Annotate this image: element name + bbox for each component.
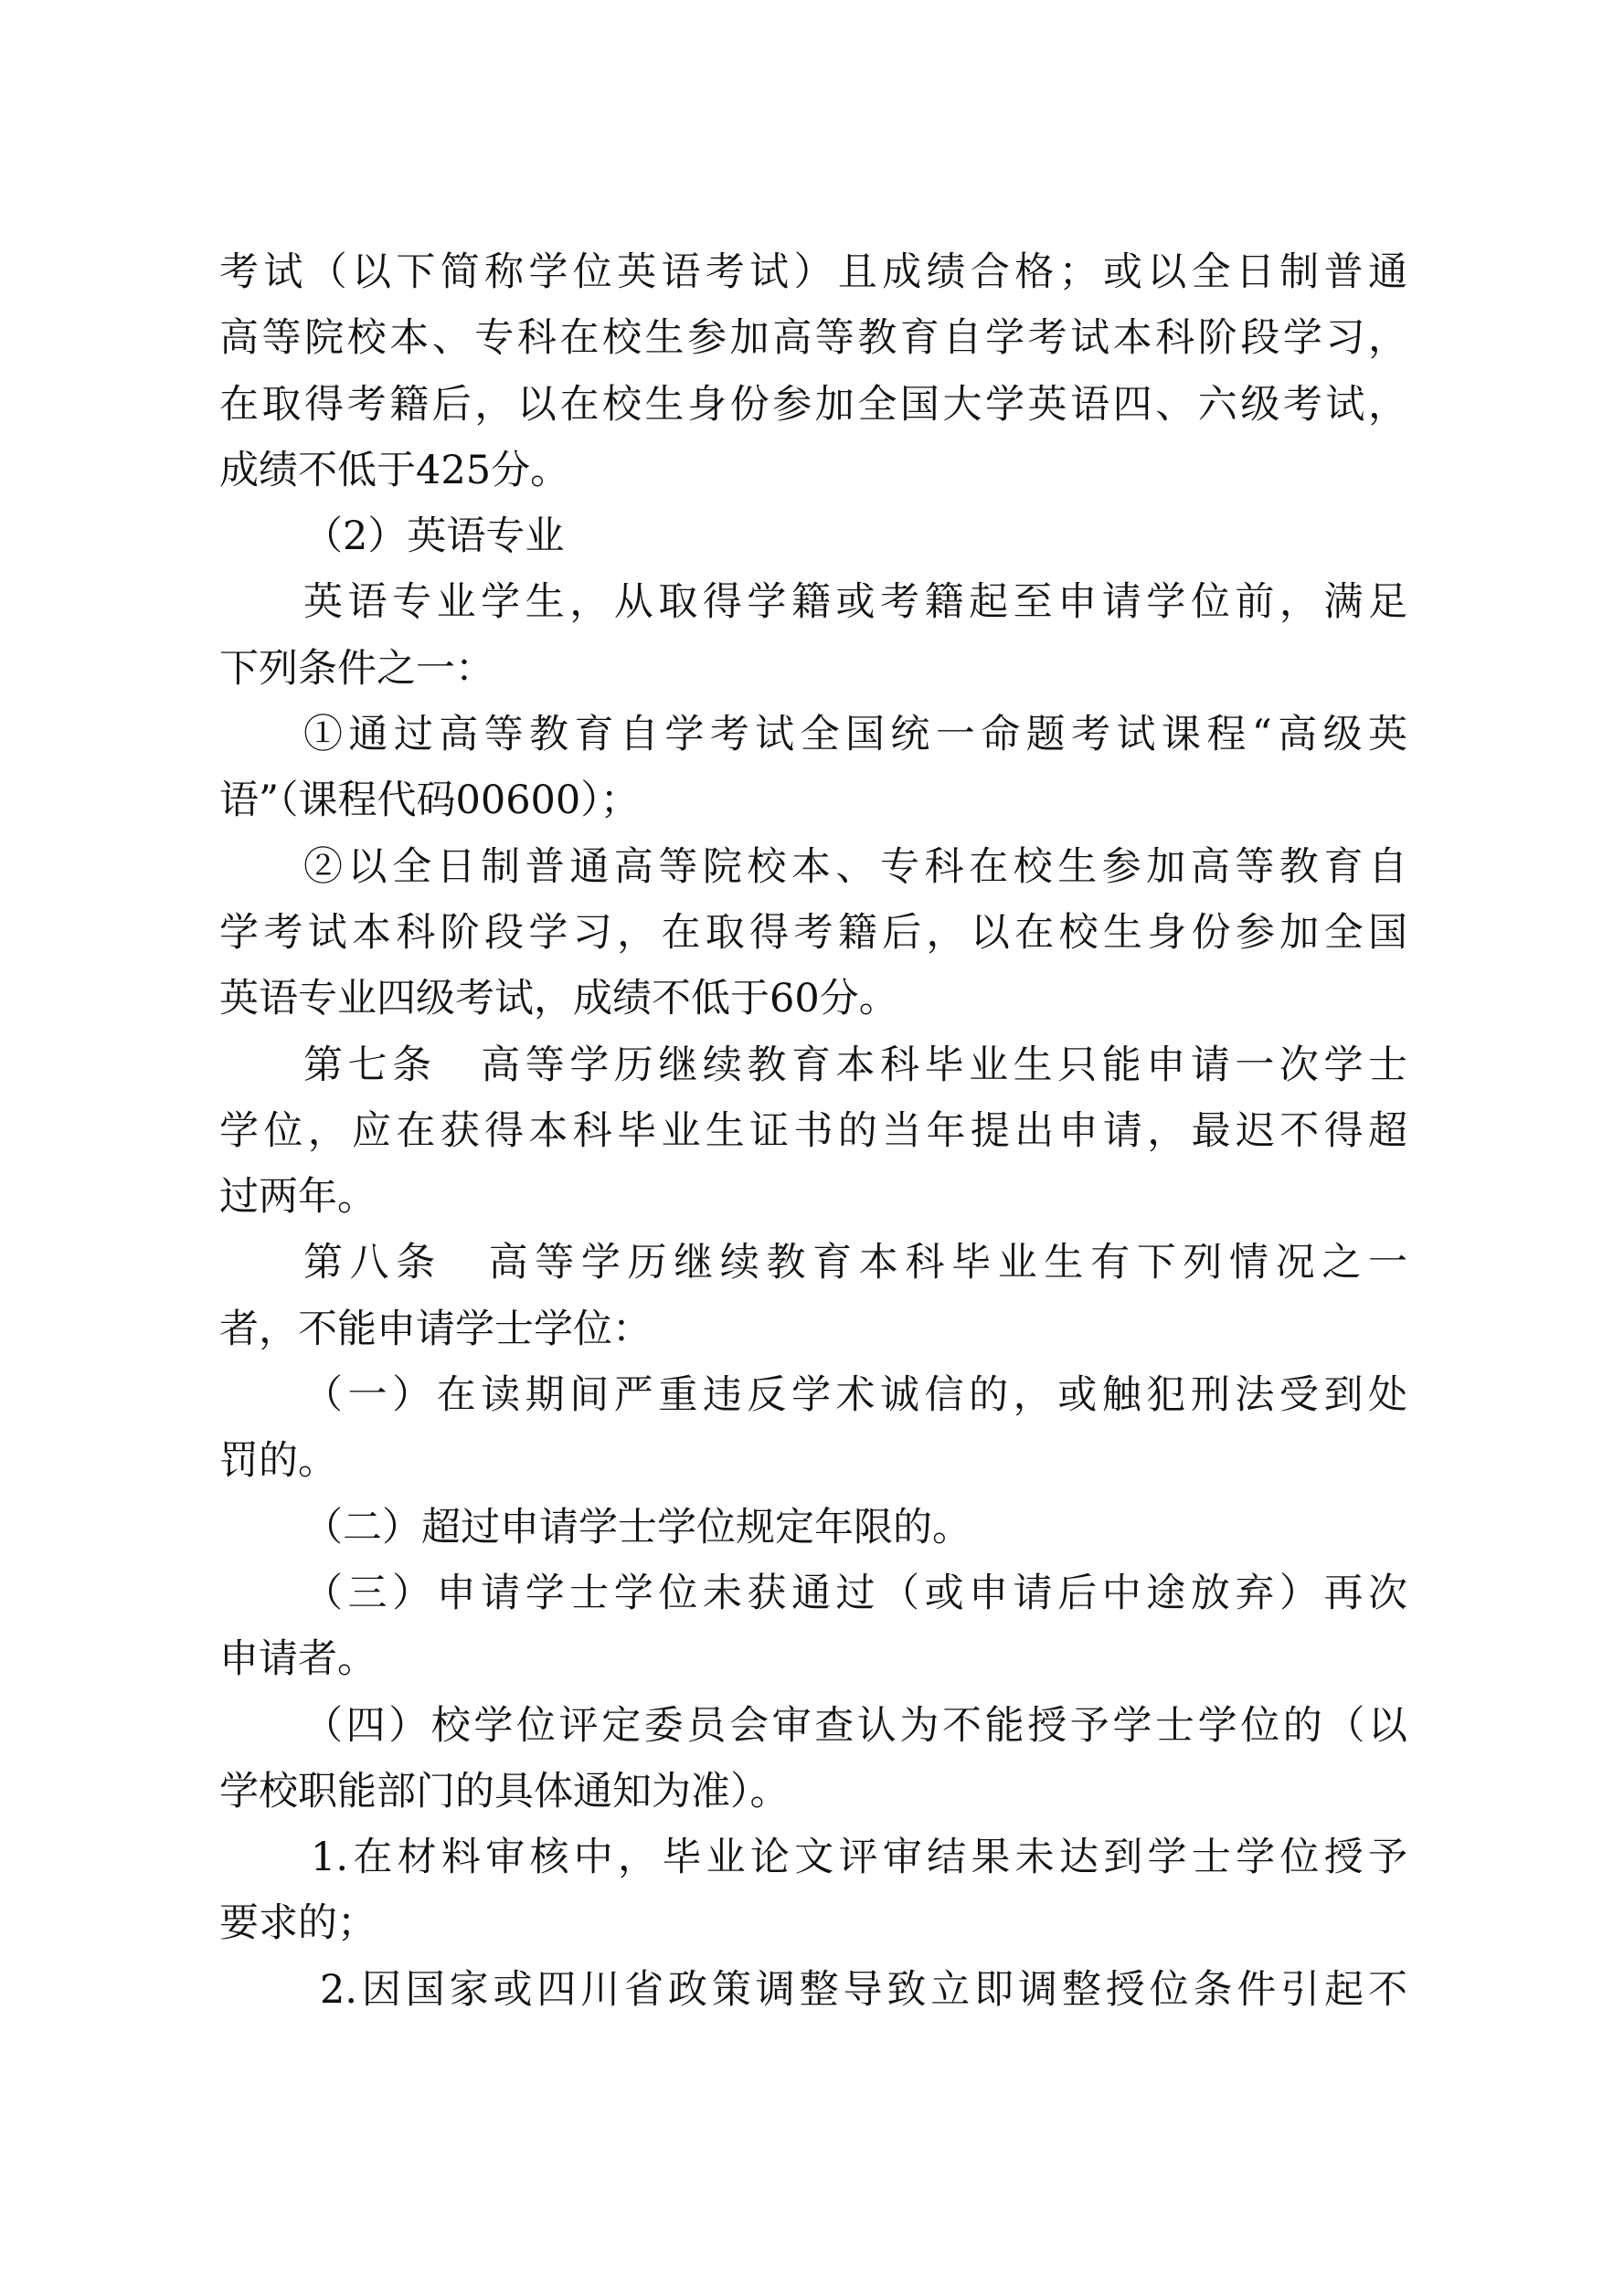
text-line: 申请者。 xyxy=(219,1626,1407,1692)
article-line: 第七条 高等学历继续教育本科毕业生只能申请一次学士 xyxy=(219,1032,1407,1098)
text-line: 高等院校本、专科在校生参加高等教育自学考试本科阶段学习， xyxy=(219,305,1407,371)
document-body: 考试（以下简称学位英语考试）且成绩合格；或以全日制普通 高等院校本、专科在校生参… xyxy=(219,239,1407,2023)
text-line: 2.因国家或四川省政策调整导致立即调整授位条件引起不 xyxy=(219,1957,1407,2023)
text-line: 学校职能部门的具体通知为准）。 xyxy=(219,1759,1407,1825)
section-heading: （2）英语专业 xyxy=(219,503,1407,569)
text-line: 成绩不低于425分。 xyxy=(219,438,1407,503)
paragraph-english-major-intro: 英语专业学生，从取得学籍或考籍起至申请学位前，满足 下列条件之一： xyxy=(219,569,1407,702)
text-line: 英语专业学生，从取得学籍或考籍起至申请学位前，满足 xyxy=(219,569,1407,635)
text-line: （四）校学位评定委员会审查认为不能授予学士学位的（以 xyxy=(219,1693,1407,1759)
paragraph-item-2: （二）超过申请学士学位规定年限的。 xyxy=(219,1495,1407,1561)
text-line: 要求的； xyxy=(219,1890,1407,1956)
heading-english-major: （2）英语专业 xyxy=(219,503,1407,569)
article-line: 第八条 高等学历继续教育本科毕业生有下列情况之一 xyxy=(219,1230,1407,1296)
text-line: ①通过高等教育自学考试全国统一命题考试课程“高级英 xyxy=(219,702,1407,767)
text-line: 学考试本科阶段学习，在取得考籍后，以在校生身份参加全国 xyxy=(219,900,1407,966)
paragraph-cet-conditions: 考试（以下简称学位英语考试）且成绩合格；或以全日制普通 高等院校本、专科在校生参… xyxy=(219,239,1407,503)
text-line: 1.在材料审核中，毕业论文评审结果未达到学士学位授予 xyxy=(219,1825,1407,1890)
paragraph-sub-2: 2.因国家或四川省政策调整导致立即调整授位条件引起不 xyxy=(219,1957,1407,2023)
text-line: 下列条件之一： xyxy=(219,636,1407,702)
text-line: 英语专业四级考试，成绩不低于60分。 xyxy=(219,966,1407,1032)
paragraph-condition-1: ①通过高等教育自学考试全国统一命题考试课程“高级英 语”（课程代码00600）； xyxy=(219,702,1407,834)
text-line: （三）申请学士学位未获通过（或申请后中途放弃）再次 xyxy=(219,1561,1407,1626)
text-line: ②以全日制普通高等院校本、专科在校生参加高等教育自 xyxy=(219,834,1407,900)
text-line: 语”（课程代码00600）； xyxy=(219,767,1407,833)
paragraph-article-7: 第七条 高等学历继续教育本科毕业生只能申请一次学士 学位，应在获得本科毕业生证书… xyxy=(219,1032,1407,1231)
text-line: 在取得考籍后，以在校生身份参加全国大学英语四、六级考试， xyxy=(219,372,1407,438)
text-line: （一）在读期间严重违反学术诚信的，或触犯刑法受到处 xyxy=(219,1362,1407,1428)
paragraph-condition-2: ②以全日制普通高等院校本、专科在校生参加高等教育自 学考试本科阶段学习，在取得考… xyxy=(219,834,1407,1032)
text-line: 罚的。 xyxy=(219,1428,1407,1494)
text-line: （二）超过申请学士学位规定年限的。 xyxy=(219,1495,1407,1561)
paragraph-sub-1: 1.在材料审核中，毕业论文评审结果未达到学士学位授予 要求的； xyxy=(219,1825,1407,1957)
text-line: 考试（以下简称学位英语考试）且成绩合格；或以全日制普通 xyxy=(219,239,1407,305)
text-line: 过两年。 xyxy=(219,1164,1407,1230)
paragraph-article-8: 第八条 高等学历继续教育本科毕业生有下列情况之一 者，不能申请学士学位： xyxy=(219,1230,1407,1362)
paragraph-item-4: （四）校学位评定委员会审查认为不能授予学士学位的（以 学校职能部门的具体通知为准… xyxy=(219,1693,1407,1825)
paragraph-item-3: （三）申请学士学位未获通过（或申请后中途放弃）再次 申请者。 xyxy=(219,1561,1407,1693)
text-line: 学位，应在获得本科毕业生证书的当年提出申请，最迟不得超 xyxy=(219,1098,1407,1164)
text-line: 者，不能申请学士学位： xyxy=(219,1296,1407,1362)
document-page: 考试（以下简称学位英语考试）且成绩合格；或以全日制普通 高等院校本、专科在校生参… xyxy=(0,0,1624,2296)
paragraph-item-1: （一）在读期间严重违反学术诚信的，或触犯刑法受到处 罚的。 xyxy=(219,1362,1407,1495)
